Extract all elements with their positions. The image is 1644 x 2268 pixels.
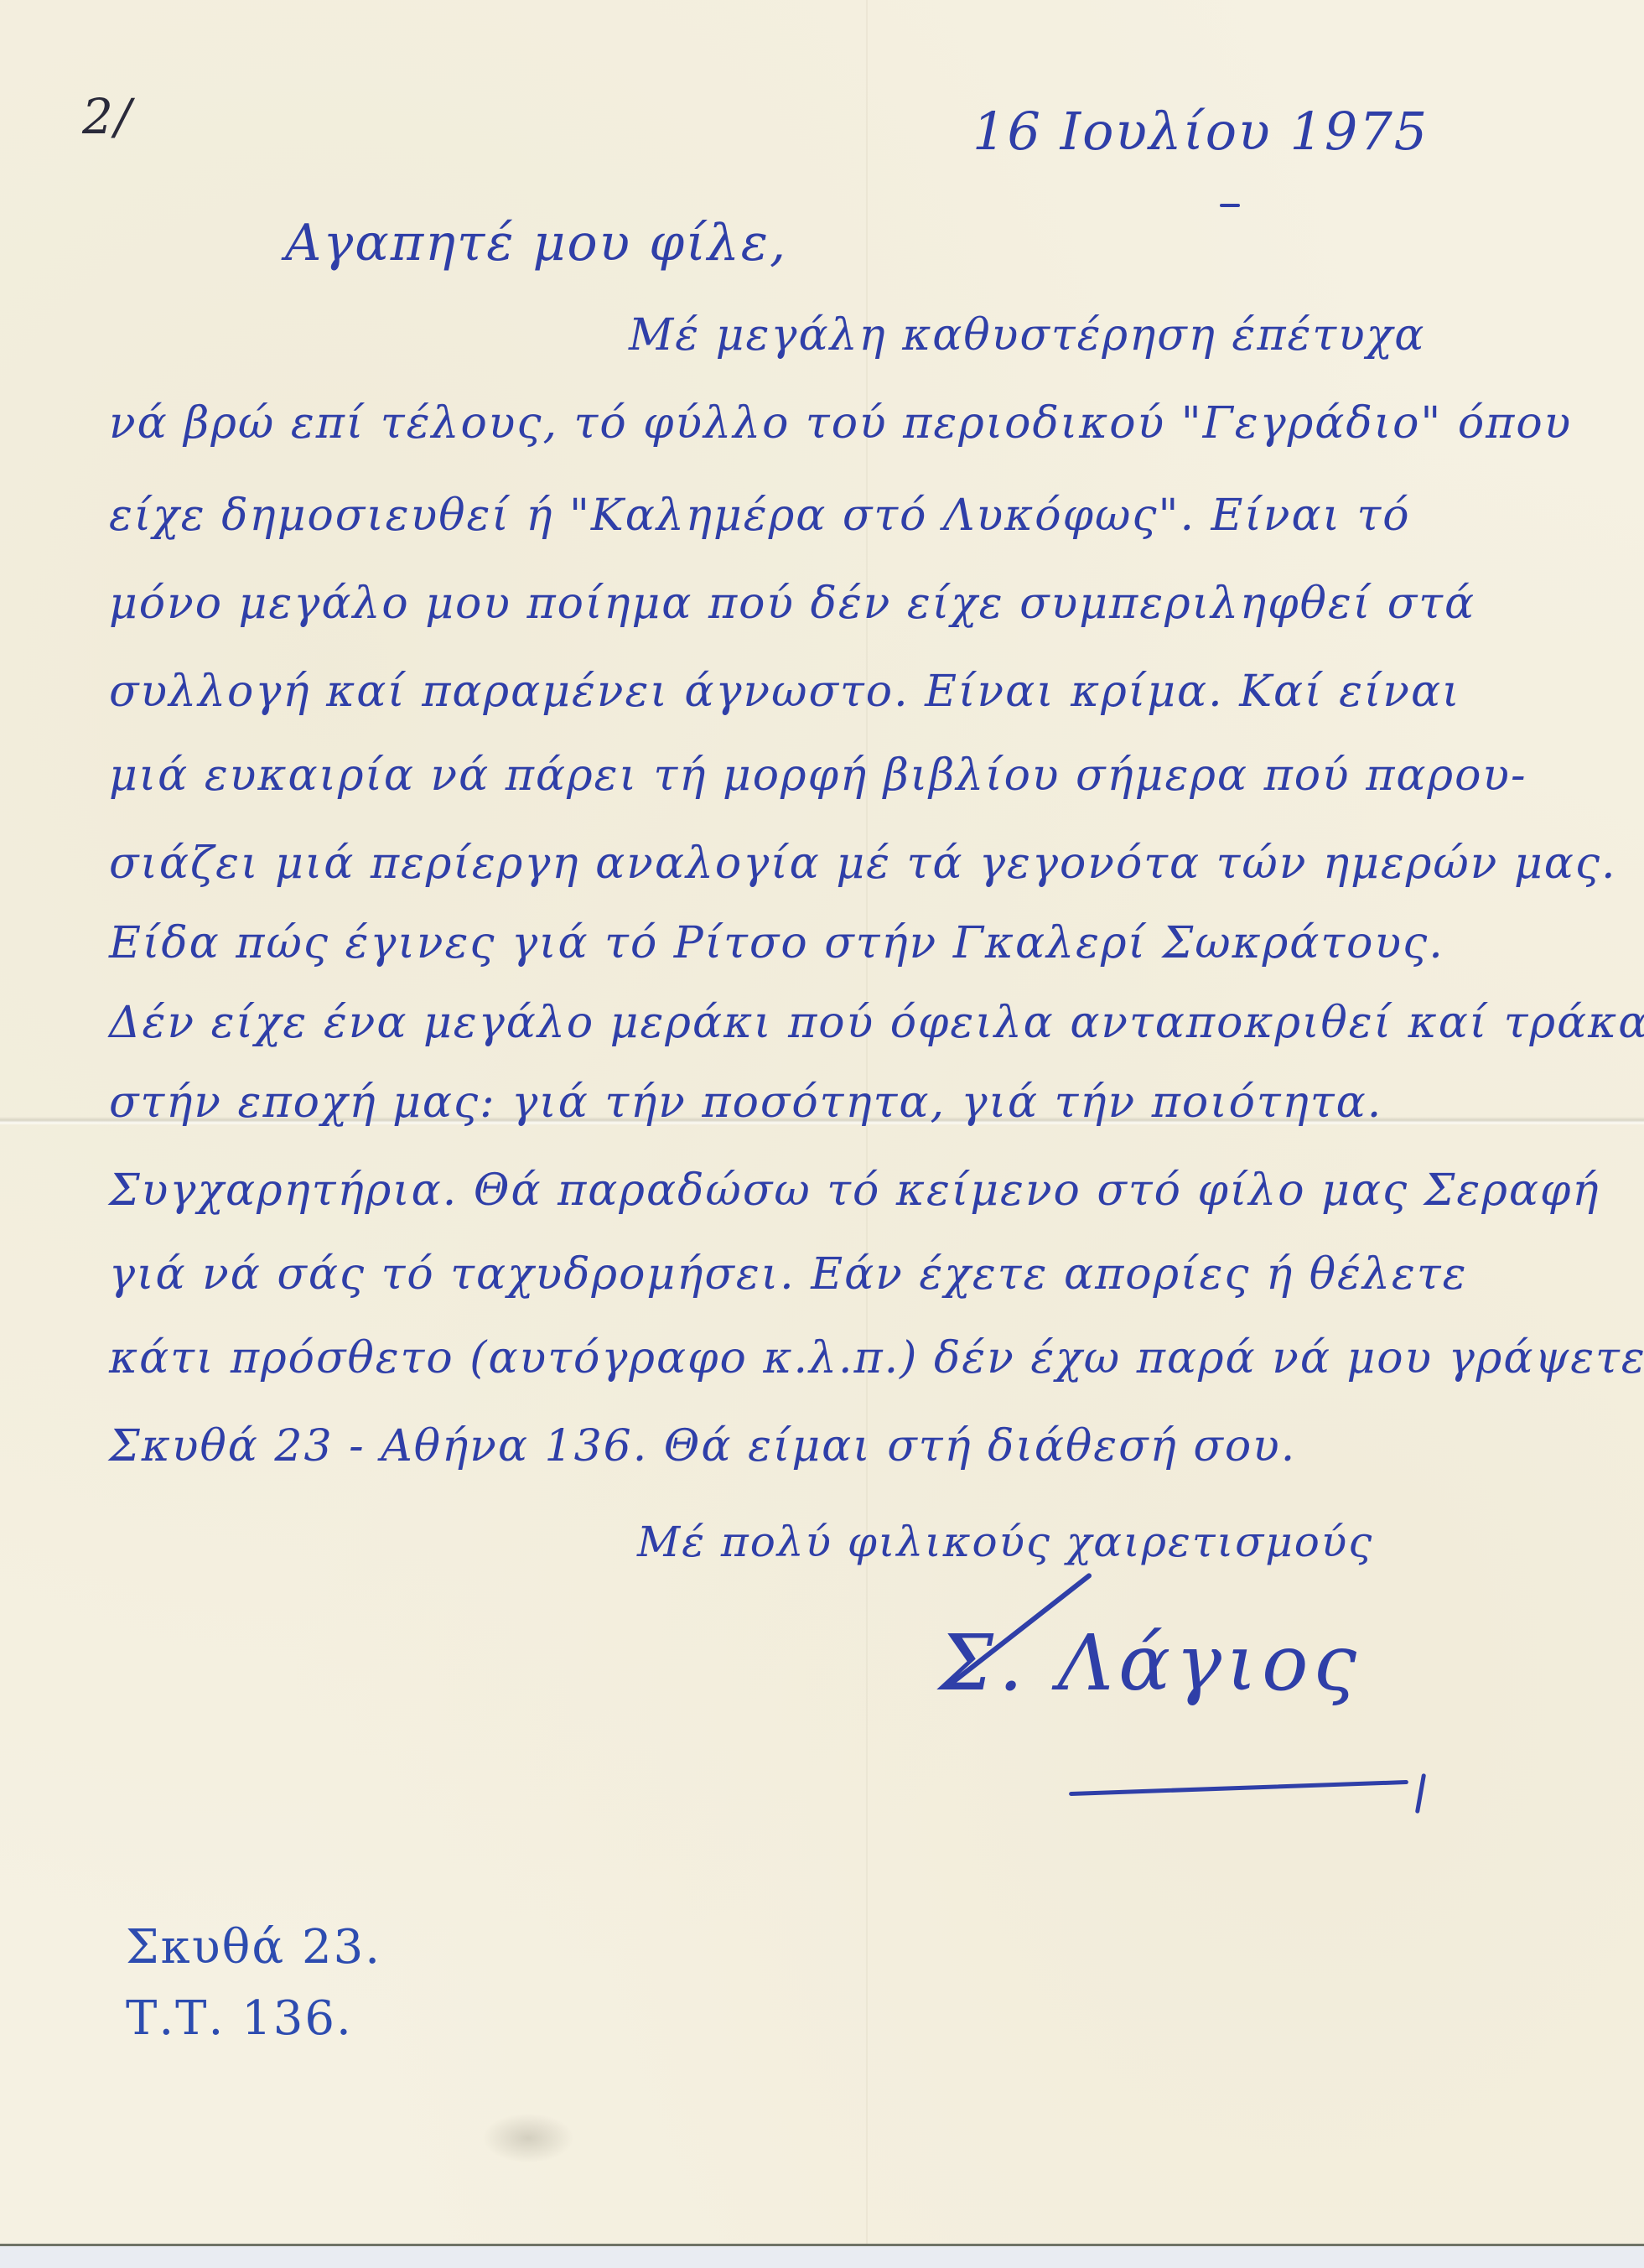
letter-date: 16 Ιουλίου 1975: [972, 101, 1429, 162]
body-line: μόνο μεγάλο μου ποίημα πού δέν είχε συμπ…: [109, 579, 1475, 629]
body-line: συλλογή καί παραμένει άγνωστο. Είναι κρί…: [109, 667, 1460, 717]
address-postal: Τ.Τ. 136.: [126, 1991, 353, 2046]
body-line: Είδα πώς έγινες γιά τό Ρίτσο στήν Γκαλερ…: [109, 918, 1444, 968]
body-line: Μέ μεγάλη καθυστέρηση έπέτυχα: [629, 310, 1425, 361]
body-line: νά βρώ επί τέλους, τό φύλλο τού περιοδικ…: [109, 398, 1572, 449]
page-number: 2/: [82, 88, 132, 145]
body-line: Δέν είχε ένα μεγάλο μεράκι πού όφειλα αν…: [109, 998, 1644, 1048]
salutation: Αγαπητέ μου φίλε,: [285, 214, 787, 272]
address-street: Σκυθά 23.: [126, 1920, 381, 1975]
body-line: γιά νά σάς τό ταχυδρομήσει. Εάν έχετε απ…: [109, 1249, 1468, 1300]
paper-stain: [482, 2113, 574, 2163]
date-dash-mark: [1220, 204, 1240, 207]
body-line: Σκυθά 23 - Αθήνα 136. Θά είμαι στή διάθε…: [109, 1421, 1296, 1471]
body-line: Συγχαρητήρια. Θά παραδώσω τό κείμενο στό…: [109, 1165, 1600, 1216]
letter-page: 2/ 16 Ιουλίου 1975 Αγαπητέ μου φίλε, Μέ …: [0, 0, 1644, 2246]
closing-line: Μέ πολύ φιλικούς χαιρετισμούς: [637, 1518, 1373, 1566]
body-line: μιά ευκαιρία νά πάρει τή μορφή βιβλίου σ…: [109, 750, 1527, 801]
signature-underline: [1069, 1780, 1408, 1796]
body-line: είχε δημοσιευθεί ή "Καλημέρα στό Λυκόφως…: [109, 490, 1411, 541]
body-line: σιάζει μιά περίεργη αναλογία μέ τά γεγον…: [109, 838, 1617, 889]
body-line: κάτι πρόσθετο (αυτόγραφο κ.λ.π.) δέν έχω…: [109, 1333, 1644, 1383]
signature-underline-tick: [1415, 1773, 1426, 1814]
body-line: στήν εποχή μας: γιά τήν ποσότητα, γιά τή…: [109, 1077, 1382, 1128]
signature: Σ. Λάγιος: [939, 1618, 1361, 1708]
